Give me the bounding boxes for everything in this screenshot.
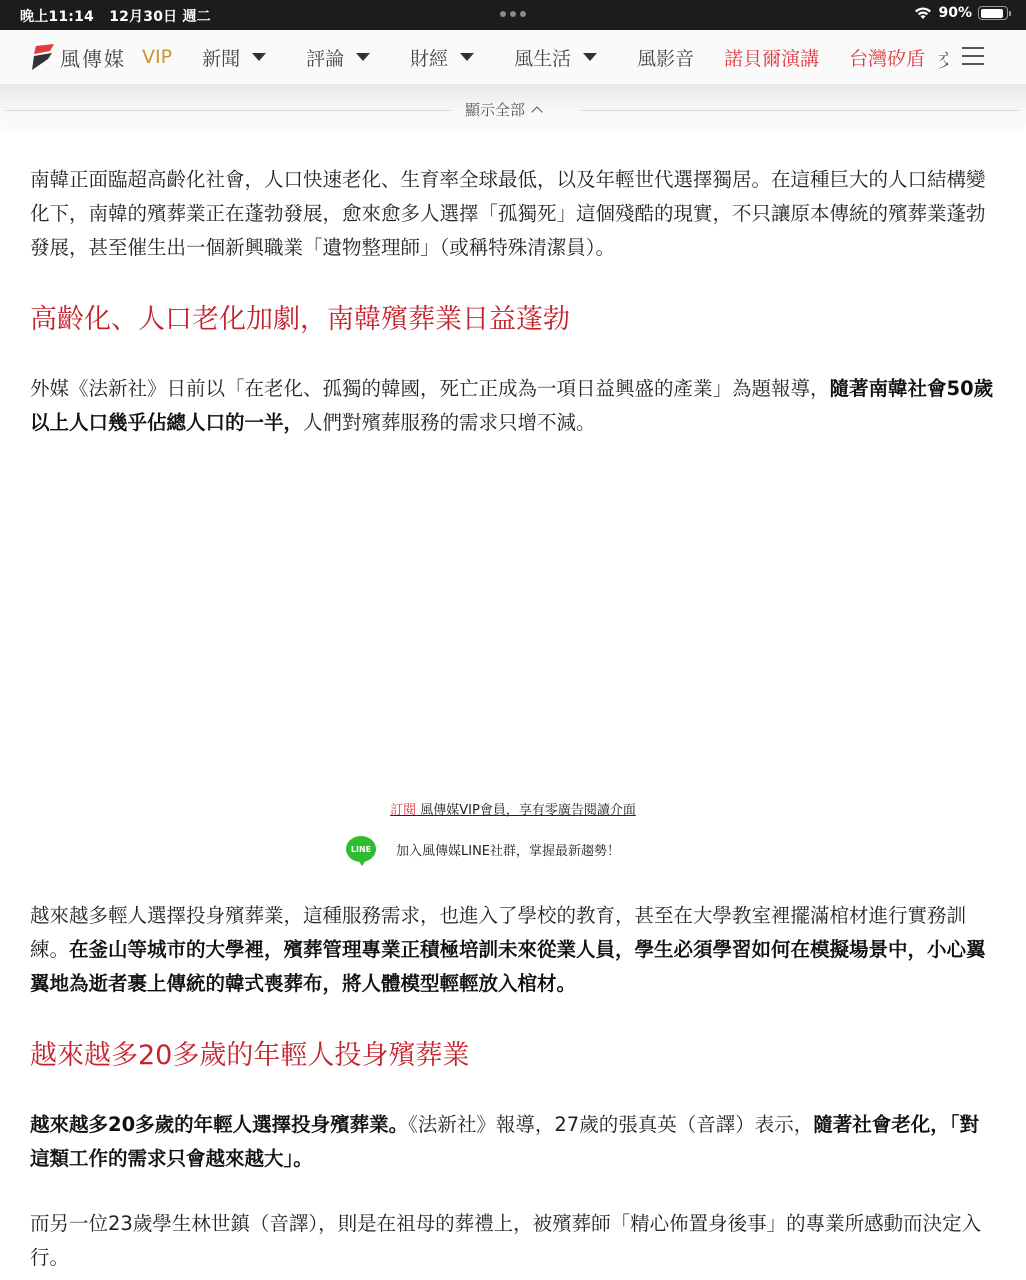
nav-item-opinion[interactable]: 評論	[306, 44, 370, 71]
nav-item-label: 台灣矽盾	[849, 44, 925, 71]
hamburger-menu-icon[interactable]	[962, 47, 984, 65]
subscribe-vip-link[interactable]: 訂閱 風傳媒VIP會員，享有零廣告閱讀介面	[390, 803, 636, 818]
paragraph: 越來越多20多歲的年輕人選擇投身殯葬業。《法新社》報導，27歲的張真英（音譯）表…	[30, 1108, 996, 1176]
nav-item-lifestyle[interactable]: 風生活	[514, 44, 597, 71]
nav-item-news[interactable]: 新聞	[202, 44, 266, 71]
show-all-bar: 顯示全部	[0, 84, 1026, 132]
site-nav: 風傳媒 VIP 新聞 評論 財經 風生活 風影音 諾貝爾演講 台灣矽盾 交	[0, 30, 1026, 84]
line-icon-text: LINE	[351, 845, 371, 854]
battery-percent: 90%	[938, 5, 972, 21]
section-heading-1-wrap: 高齡化、人口老化加劇，南韓殯葬業日益蓬勃	[30, 300, 996, 340]
status-time: 晚上11:14 12月30日 週二	[20, 6, 211, 26]
vip-promo-text: 風傳媒VIP會員，享有零廣告閱讀介面	[416, 803, 636, 818]
paragraph: 南韓正面臨超高齡化社會，人口快速老化、生育率全球最低，以及年輕世代選擇獨居。在這…	[30, 163, 996, 265]
show-all-button[interactable]: 顯示全部	[465, 99, 541, 120]
subscribe-label: 訂閱	[390, 803, 416, 818]
caret-down-icon	[252, 53, 266, 61]
text: 《法新社》報導，27歲的張真英（音譯）表示，	[408, 1113, 813, 1136]
caret-down-icon	[460, 53, 474, 61]
nav-item-label: 評論	[306, 44, 344, 71]
storm-logo-icon	[30, 44, 54, 70]
nav-item-overflow[interactable]: 交	[938, 47, 948, 73]
multitask-dots-icon[interactable]	[500, 11, 526, 17]
nav-item-label: 新聞	[202, 44, 240, 71]
line-app-icon: LINE	[346, 836, 376, 862]
article-paragraph-4: 越來越多20多歲的年輕人選擇投身殯葬業。《法新社》報導，27歲的張真英（音譯）表…	[30, 1108, 996, 1176]
section-heading-2-wrap: 越來越多20多歲的年輕人投身殯葬業	[30, 1036, 996, 1076]
status-indicators: 90%	[914, 5, 1008, 21]
text: 外媒《法新社》日前以「在老化、孤獨的韓國，死亡正成為一項日益興盛的產業」為題報導…	[30, 377, 830, 400]
nav-item-taiwan-silicon-shield[interactable]: 台灣矽盾	[849, 44, 925, 71]
paragraph: 而另一位23歲學生林世鎮（音譯），則是在祖母的葬禮上，被殯葬師「精心佈置身後事」…	[30, 1207, 996, 1275]
article-intro: 南韓正面臨超高齡化社會，人口快速老化、生育率全球最低，以及年輕世代選擇獨居。在這…	[30, 163, 996, 265]
bold-text: 在釜山等城市的大學裡，殯葬管理專業正積極培訓未來從業人員，學生必須學習如何在模擬…	[30, 938, 986, 995]
article-paragraph-5: 而另一位23歲學生林世鎮（音譯），則是在祖母的葬禮上，被殯葬師「精心佈置身後事」…	[30, 1207, 996, 1275]
line-community-link[interactable]: LINE 加入風傳媒LINE社群，掌握最新趨勢！	[346, 836, 620, 862]
text: 人們對殯葬服務的需求只增不減。	[303, 411, 596, 434]
nav-item-video[interactable]: 風影音	[637, 44, 694, 71]
vip-promo: 訂閱 風傳媒VIP會員，享有零廣告閱讀介面	[0, 799, 1026, 818]
nav-item-nobel-lecture[interactable]: 諾貝爾演講	[724, 44, 819, 71]
article-paragraph-3: 越來越多輕人選擇投身殯葬業，這種服務需求，也進入了學校的教育，甚至在大學教室裡擺…	[30, 899, 996, 1001]
site-logo[interactable]: 風傳媒	[30, 43, 126, 72]
paragraph: 外媒《法新社》日前以「在老化、孤獨的韓國，死亡正成為一項日益興盛的產業」為題報導…	[30, 372, 996, 440]
show-all-label: 顯示全部	[465, 99, 525, 120]
chevron-up-icon	[531, 106, 542, 117]
paragraph: 越來越多輕人選擇投身殯葬業，這種服務需求，也進入了學校的教育，甚至在大學教室裡擺…	[30, 899, 996, 1001]
battery-icon	[978, 6, 1008, 20]
nav-item-label: 風影音	[637, 44, 694, 71]
bold-text: 越來越多20多歲的年輕人選擇投身殯葬業。	[30, 1113, 408, 1136]
date-text: 12月30日 週二	[109, 9, 211, 25]
caret-down-icon	[356, 53, 370, 61]
caret-down-icon	[583, 53, 597, 61]
nav-item-label: 風生活	[514, 44, 571, 71]
nav-item-label: 財經	[410, 44, 448, 71]
article-paragraph-2: 外媒《法新社》日前以「在老化、孤獨的韓國，死亡正成為一項日益興盛的產業」為題報導…	[30, 372, 996, 440]
nav-vip-link[interactable]: VIP	[142, 46, 172, 68]
nav-item-finance[interactable]: 財經	[410, 44, 474, 71]
section-heading: 高齡化、人口老化加劇，南韓殯葬業日益蓬勃	[30, 300, 996, 340]
time-text: 晚上11:14	[20, 9, 94, 25]
section-heading: 越來越多20多歲的年輕人投身殯葬業	[30, 1036, 996, 1076]
nav-item-label: 諾貝爾演講	[724, 44, 819, 71]
status-bar: 晚上11:14 12月30日 週二 90%	[0, 0, 1026, 30]
line-promo-text: 加入風傳媒LINE社群，掌握最新趨勢！	[396, 840, 620, 859]
wifi-icon	[914, 6, 932, 20]
divider	[5, 110, 452, 111]
divider	[580, 110, 1020, 111]
brand-name: 風傳媒	[60, 43, 126, 72]
